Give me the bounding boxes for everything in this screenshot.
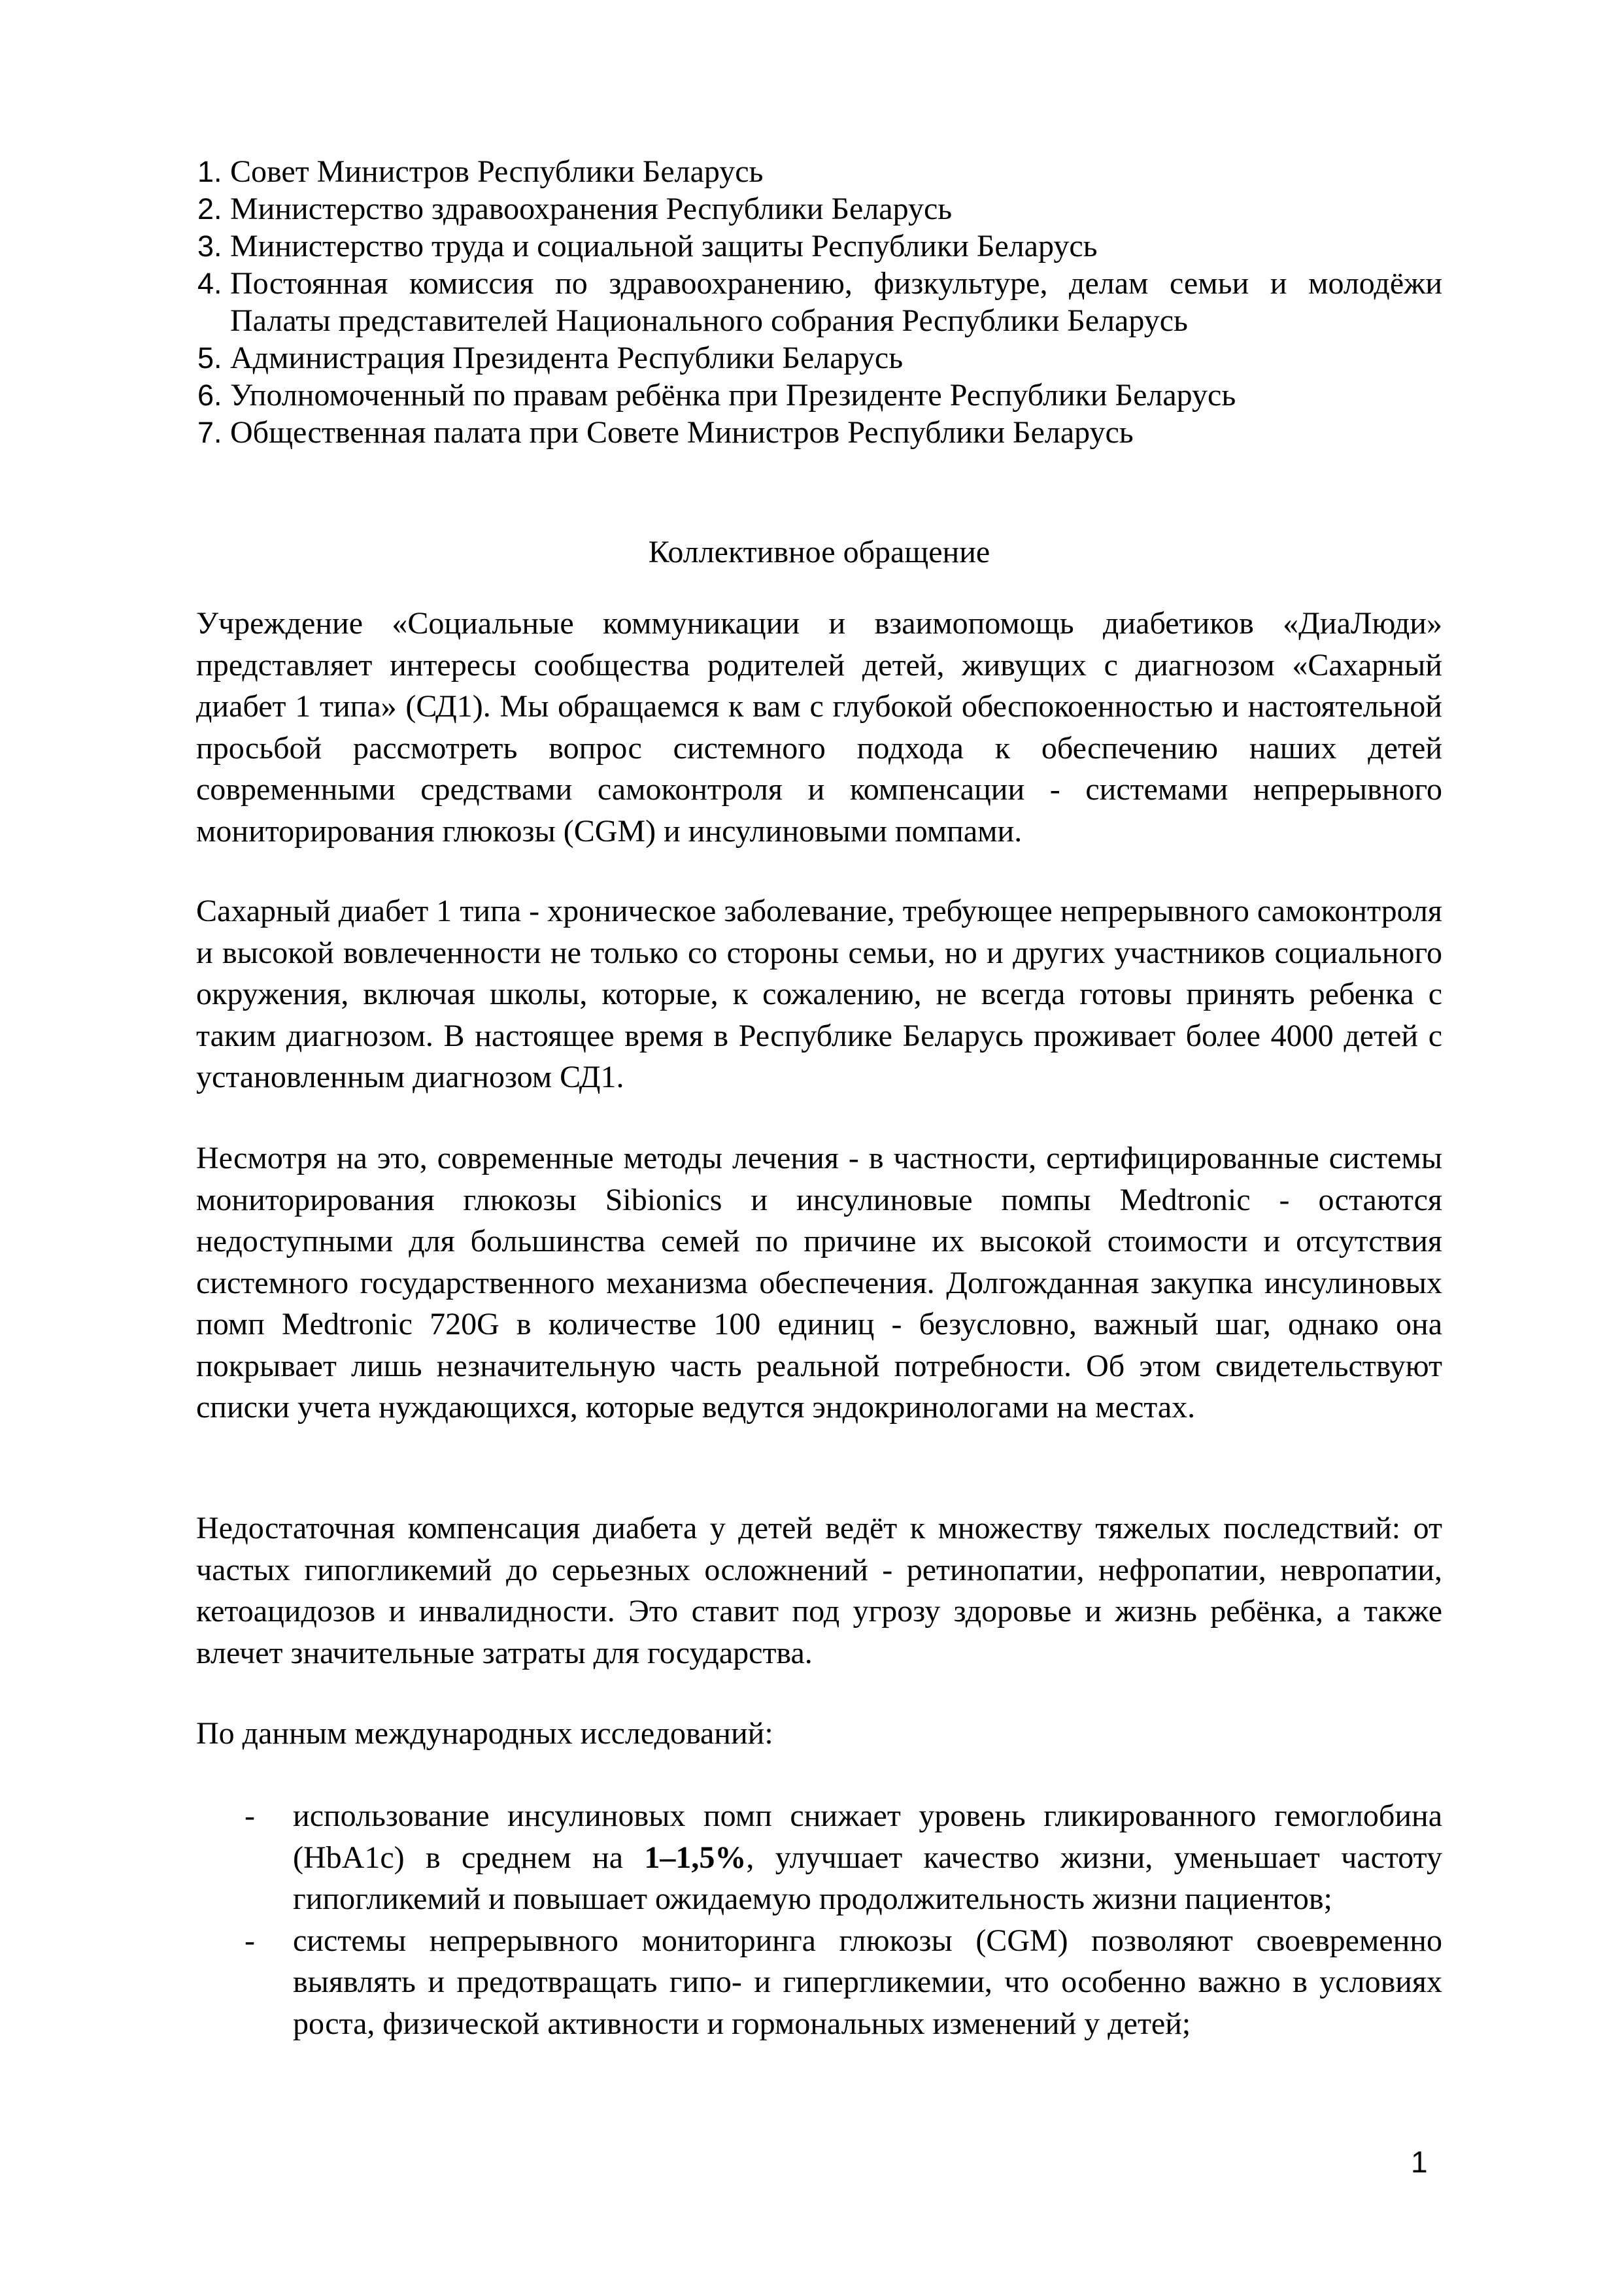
paragraph-availability: Несмотря на это, современные методы лече… [196, 1138, 1442, 1428]
addressee-item: 3. Министерство труда и социальной защит… [196, 228, 1442, 265]
finding-item: - системы непрерывного мониторинга глюко… [196, 1920, 1442, 2045]
list-number: 1. [197, 153, 222, 190]
paragraph-consequences: Недостаточная компенсация диабета у дете… [196, 1508, 1442, 1674]
addressee-text: Уполномоченный по правам ребёнка при Пре… [230, 378, 1236, 413]
addressee-item: 7. Общественная палата при Совете Минист… [196, 414, 1442, 451]
research-findings-list: - использование инсулиновых помп снижает… [196, 1795, 1442, 2044]
addressee-item: 6. Уполномоченный по правам ребёнка при … [196, 377, 1442, 414]
list-number: 3. [197, 228, 222, 265]
bullet-dash: - [245, 1920, 255, 1962]
addressee-list: 1. Совет Министров Республики Беларусь 2… [196, 153, 1442, 451]
finding-highlight: 1–1,5% [644, 1840, 746, 1875]
list-number: 4. [197, 265, 222, 302]
addressee-item: 4. Постоянная комиссия по здравоохранени… [196, 265, 1442, 339]
page-number: 1 [1411, 2146, 1428, 2178]
list-number: 6. [197, 377, 222, 414]
addressee-text: Постоянная комиссия по здравоохранению, … [230, 266, 1442, 338]
addressee-text: Министерство труда и социальной защиты Р… [230, 229, 1098, 263]
addressee-text: Министерство здравоохранения Республики … [230, 192, 952, 226]
addressee-text: Администрация Президента Республики Бела… [230, 341, 903, 375]
addressee-text: Общественная палата при Совете Министров… [230, 415, 1134, 450]
paragraph-research-intro: По данным международных исследований: [196, 1713, 1442, 1755]
list-number: 7. [197, 414, 222, 451]
list-number: 5. [197, 339, 222, 377]
addressee-text: Совет Министров Республики Беларусь [230, 154, 763, 189]
addressee-item: 2. Министерство здравоохранения Республи… [196, 190, 1442, 228]
addressee-item: 5. Администрация Президента Республики Б… [196, 339, 1442, 377]
document-title: Коллективное обращение [196, 533, 1442, 571]
addressee-item: 1. Совет Министров Республики Беларусь [196, 153, 1442, 190]
bullet-dash: - [245, 1795, 255, 1837]
paragraph-diabetes-description: Сахарный диабет 1 типа - хроническое заб… [196, 890, 1442, 1098]
finding-text-before: системы непрерывного мониторинга глюкозы… [293, 1923, 1442, 2041]
paragraph-intro: Учреждение «Социальные коммуникации и вз… [196, 603, 1442, 852]
finding-item: - использование инсулиновых помп снижает… [196, 1795, 1442, 1920]
list-number: 2. [197, 190, 222, 228]
